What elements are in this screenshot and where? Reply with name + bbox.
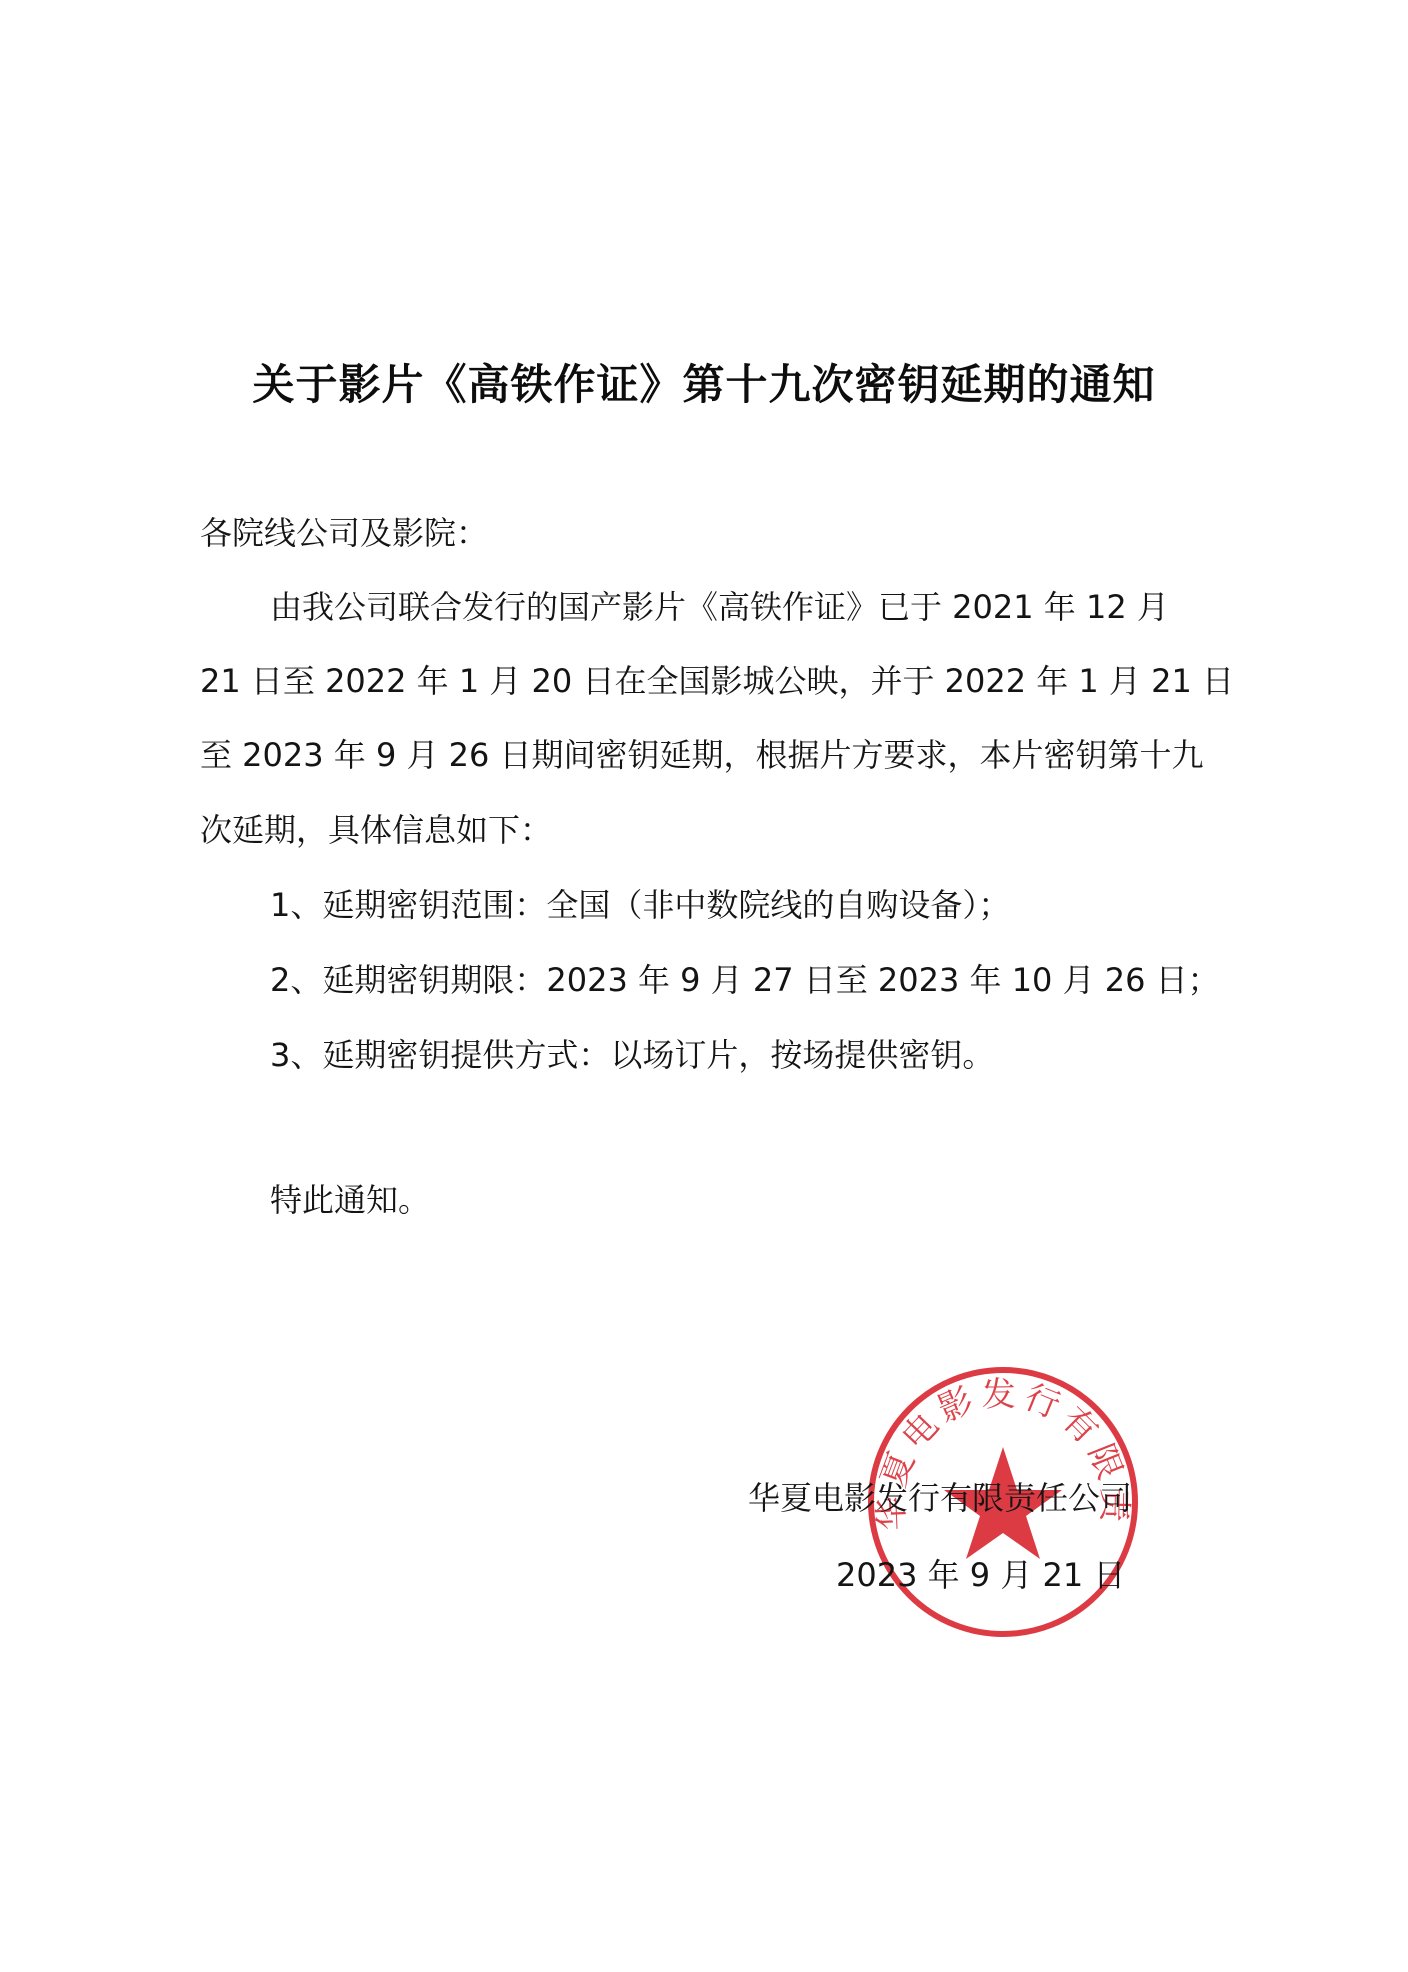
signature-company: 华夏电影发行有限责任公司: [748, 1473, 1132, 1519]
salutation: 各院线公司及影院：: [200, 508, 488, 554]
document-title: 关于影片《高铁作证》第十九次密钥延期的通知: [0, 352, 1408, 412]
signature-date: 2023 年 9 月 21 日: [836, 1550, 1125, 1596]
closing-text: 特此通知。: [270, 1175, 430, 1221]
body-line-4: 次延期，具体信息如下：: [200, 805, 552, 851]
list-item-period: 2、延期密钥期限：2023 年 9 月 27 日至 2023 年 10 月 26…: [270, 955, 1220, 1001]
list-item-method: 3、延期密钥提供方式：以场订片，按场提供密钥。: [270, 1030, 994, 1076]
body-line-3: 至 2023 年 9 月 26 日期间密钥延期，根据片方要求，本片密钥第十九: [200, 730, 1204, 776]
body-line-1: 由我公司联合发行的国产影片《高铁作证》已于 2021 年 12 月: [270, 582, 1169, 628]
body-line-2: 21 日至 2022 年 1 月 20 日在全国影城公映，并于 2022 年 1…: [200, 656, 1234, 702]
list-item-scope: 1、延期密钥范围：全国（非中数院线的自购设备）；: [270, 880, 1010, 926]
